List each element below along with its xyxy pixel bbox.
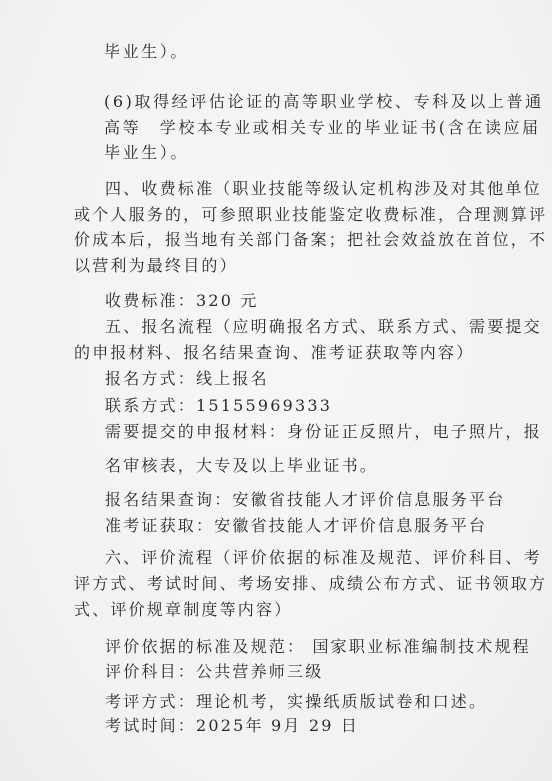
text-line: 毕业生）。 xyxy=(104,42,189,62)
section-heading-fees: 四、收费标准（职业技能等级认定机构涉及对其他单位 xyxy=(105,179,542,199)
text-line: (6)取得经评估论证的高等职业学校、专科及以上普通 xyxy=(104,92,544,112)
evaluation-subject: 评价科目：公共营养师三级 xyxy=(105,662,323,682)
section-heading-registration: 五、报名流程（应明确报名方式、联系方式、需要提交 xyxy=(105,317,542,337)
text-line: 的申报材料、报名结果查询、准考证获取等内容） xyxy=(74,343,474,363)
evaluation-method: 考评方式：理论机考，实操纸质版试卷和口述。 xyxy=(105,692,487,712)
text-line: 或个人服务的，可参照职业技能鉴定收费标准，合理测算评 xyxy=(74,205,547,225)
required-materials: 需要提交的申报材料：身份证正反照片，电子照片，报 xyxy=(105,422,542,442)
text-line: 高等 学校本专业或相关专业的毕业证书(含在读应届 xyxy=(104,118,541,138)
text-line: 毕业生）。 xyxy=(104,143,189,163)
result-query: 报名结果查询：安徽省技能人才评价信息服务平台 xyxy=(105,490,505,510)
fee-amount: 收费标准：320 元 xyxy=(105,291,259,311)
section-heading-evaluation: 六、评价流程（评价依据的标准及规范、评价科目、考 xyxy=(105,548,542,568)
text-line: 价成本后，报当地有关部门备案；把社会效益放在首位，不 xyxy=(74,230,547,250)
text-line: 式、评价规章制度等内容） xyxy=(74,600,292,620)
contact-info: 联系方式：15155969333 xyxy=(105,396,332,416)
registration-method: 报名方式：线上报名 xyxy=(105,369,269,389)
text-line: 以营利为最终目的） xyxy=(74,256,238,276)
text-line: 评方式、考试时间、考场安排、成绩公布方式、证书领取方 xyxy=(74,574,547,594)
exam-date: 考试时间：2025年 9月 29 日 xyxy=(105,716,359,736)
evaluation-standard: 评价依据的标准及规范： 国家职业标准编制技术规程 xyxy=(105,637,531,657)
document-page: 毕业生）。 (6)取得经评估论证的高等职业学校、专科及以上普通 高等 学校本专业… xyxy=(0,0,552,781)
text-line: 名审核表，大专及以上毕业证书。 xyxy=(105,456,378,476)
admission-ticket: 准考证获取：安徽省技能人才评价信息服务平台 xyxy=(105,516,487,536)
